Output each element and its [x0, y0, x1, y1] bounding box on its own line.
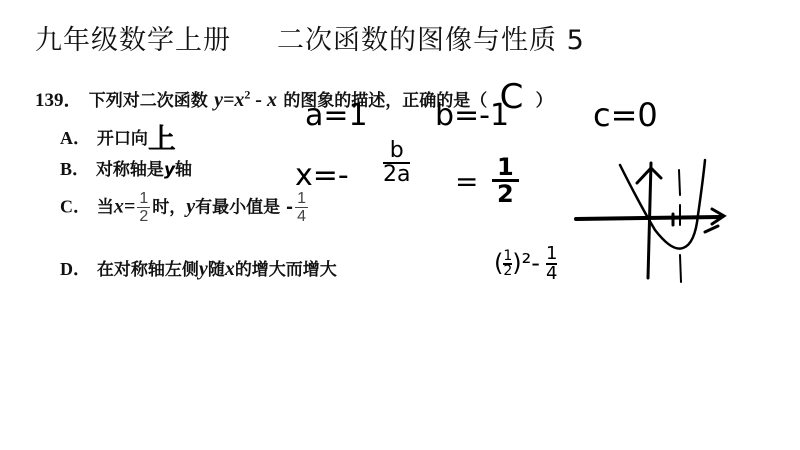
parabola-sketch-icon: [0, 0, 800, 450]
stem-prefix: 下列对二次函数: [89, 91, 208, 111]
note-coef-b: b=-1: [435, 98, 509, 133]
note-min-value: (12)²-14: [494, 245, 557, 283]
note-axis-fraction: b 2a: [383, 140, 410, 186]
note-axis-lhs: x=-: [295, 158, 349, 193]
note-axis-result: 1 2: [492, 155, 519, 206]
note-coef-c: c=0: [593, 96, 658, 134]
page-title: 九年级数学上册二次函数的图像与性质 5: [35, 18, 585, 57]
handwritten-fill-a: 上: [148, 122, 176, 155]
fraction-one-half: 12: [137, 190, 150, 225]
handwritten-fill-b: y: [164, 160, 175, 180]
option-d: D． 在对称轴左侧y随x的增大而增大: [60, 255, 337, 281]
question-number: 139．: [35, 90, 83, 111]
course-title: 九年级数学上册: [35, 25, 231, 56]
fraction-one-quarter: 14: [295, 190, 308, 225]
option-c: C． 当x=12时，y有最小值是 -14: [60, 190, 310, 225]
note-axis-eq: =: [455, 165, 478, 198]
topic-title: 二次函数的图像与性质 5: [277, 25, 585, 56]
close-paren: ）: [536, 91, 553, 111]
function-expression: y=x2 - x: [214, 89, 277, 111]
note-coef-a: a=1: [305, 98, 368, 133]
option-a: A． 开口向上: [60, 113, 176, 153]
option-b: B． 对称轴是y轴: [60, 155, 192, 181]
